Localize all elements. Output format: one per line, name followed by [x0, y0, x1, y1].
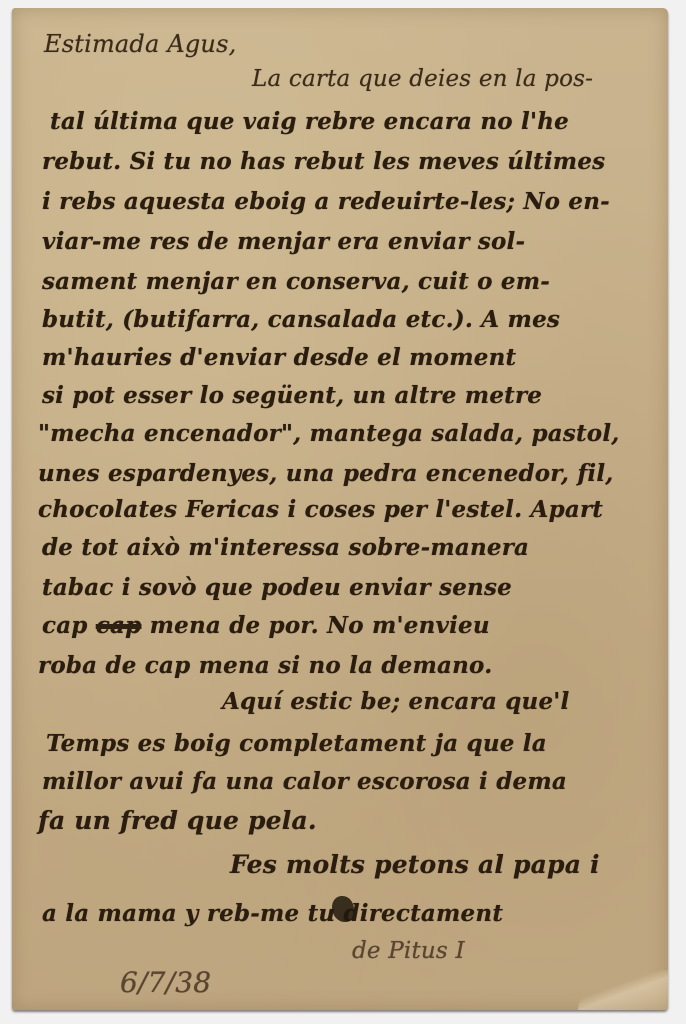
ink-blot	[332, 896, 354, 922]
letter-word: cap	[42, 612, 88, 639]
struck-out-word: cap	[96, 612, 142, 639]
signature: de Pitus I	[352, 938, 465, 964]
letter-line: La carta que deies en la pos-	[252, 66, 593, 92]
scanned-postcard-page: Estimada Agus, La carta que deies en la …	[0, 0, 686, 1024]
letter-line: sament menjar en conserva, cuit o em-	[42, 268, 550, 295]
letter-line: si pot esser lo següent, un altre metre	[42, 382, 542, 409]
letter-line: "mecha encenador", mantega salada, pasto…	[38, 420, 620, 447]
salutation: Estimada Agus,	[44, 30, 236, 58]
letter-line: viar-me res de menjar era enviar sol-	[42, 228, 525, 255]
postcard: Estimada Agus, La carta que deies en la …	[12, 8, 668, 1010]
letter-line: Aquí estic be; encara que'l	[222, 688, 569, 715]
letter-line: cap cap mena de por. No m'envieu	[42, 612, 490, 639]
letter-word: mena de por. No m'envieu	[150, 612, 490, 639]
handwritten-letter: Estimada Agus, La carta que deies en la …	[12, 8, 668, 1010]
letter-line: roba de cap mena si no la demano.	[38, 652, 492, 679]
letter-line: rebut. Si tu no has rebut les meves últi…	[42, 148, 605, 175]
letter-line: butit, (butifarra, cansalada etc.). A me…	[42, 306, 560, 333]
letter-line: tal última que vaig rebre encara no l'he	[50, 108, 569, 135]
letter-line: m'hauries d'enviar desde el moment	[42, 344, 516, 371]
letter-line: fa un fred que pela.	[38, 806, 317, 835]
closing-line: Fes molts petons al papa i	[230, 850, 600, 879]
letter-line: tabac i sovò que podeu enviar sense	[42, 574, 512, 601]
letter-line: i rebs aquesta eboig a redeuirte-les; No…	[42, 188, 610, 215]
letter-line: de tot això m'interessa sobre-manera	[42, 534, 529, 561]
letter-line: Temps es boig completament ja que la	[46, 730, 547, 757]
letter-line: unes espardenyes, una pedra encenedor, f…	[38, 460, 614, 487]
letter-line: chocolates Fericas i coses per l'estel. …	[38, 496, 603, 523]
closing-line: a la mama y reb-me tu directament	[42, 900, 503, 927]
date: 6/7/38	[120, 966, 211, 999]
letter-line: millor avui fa una calor escorosa i dema	[42, 768, 567, 795]
